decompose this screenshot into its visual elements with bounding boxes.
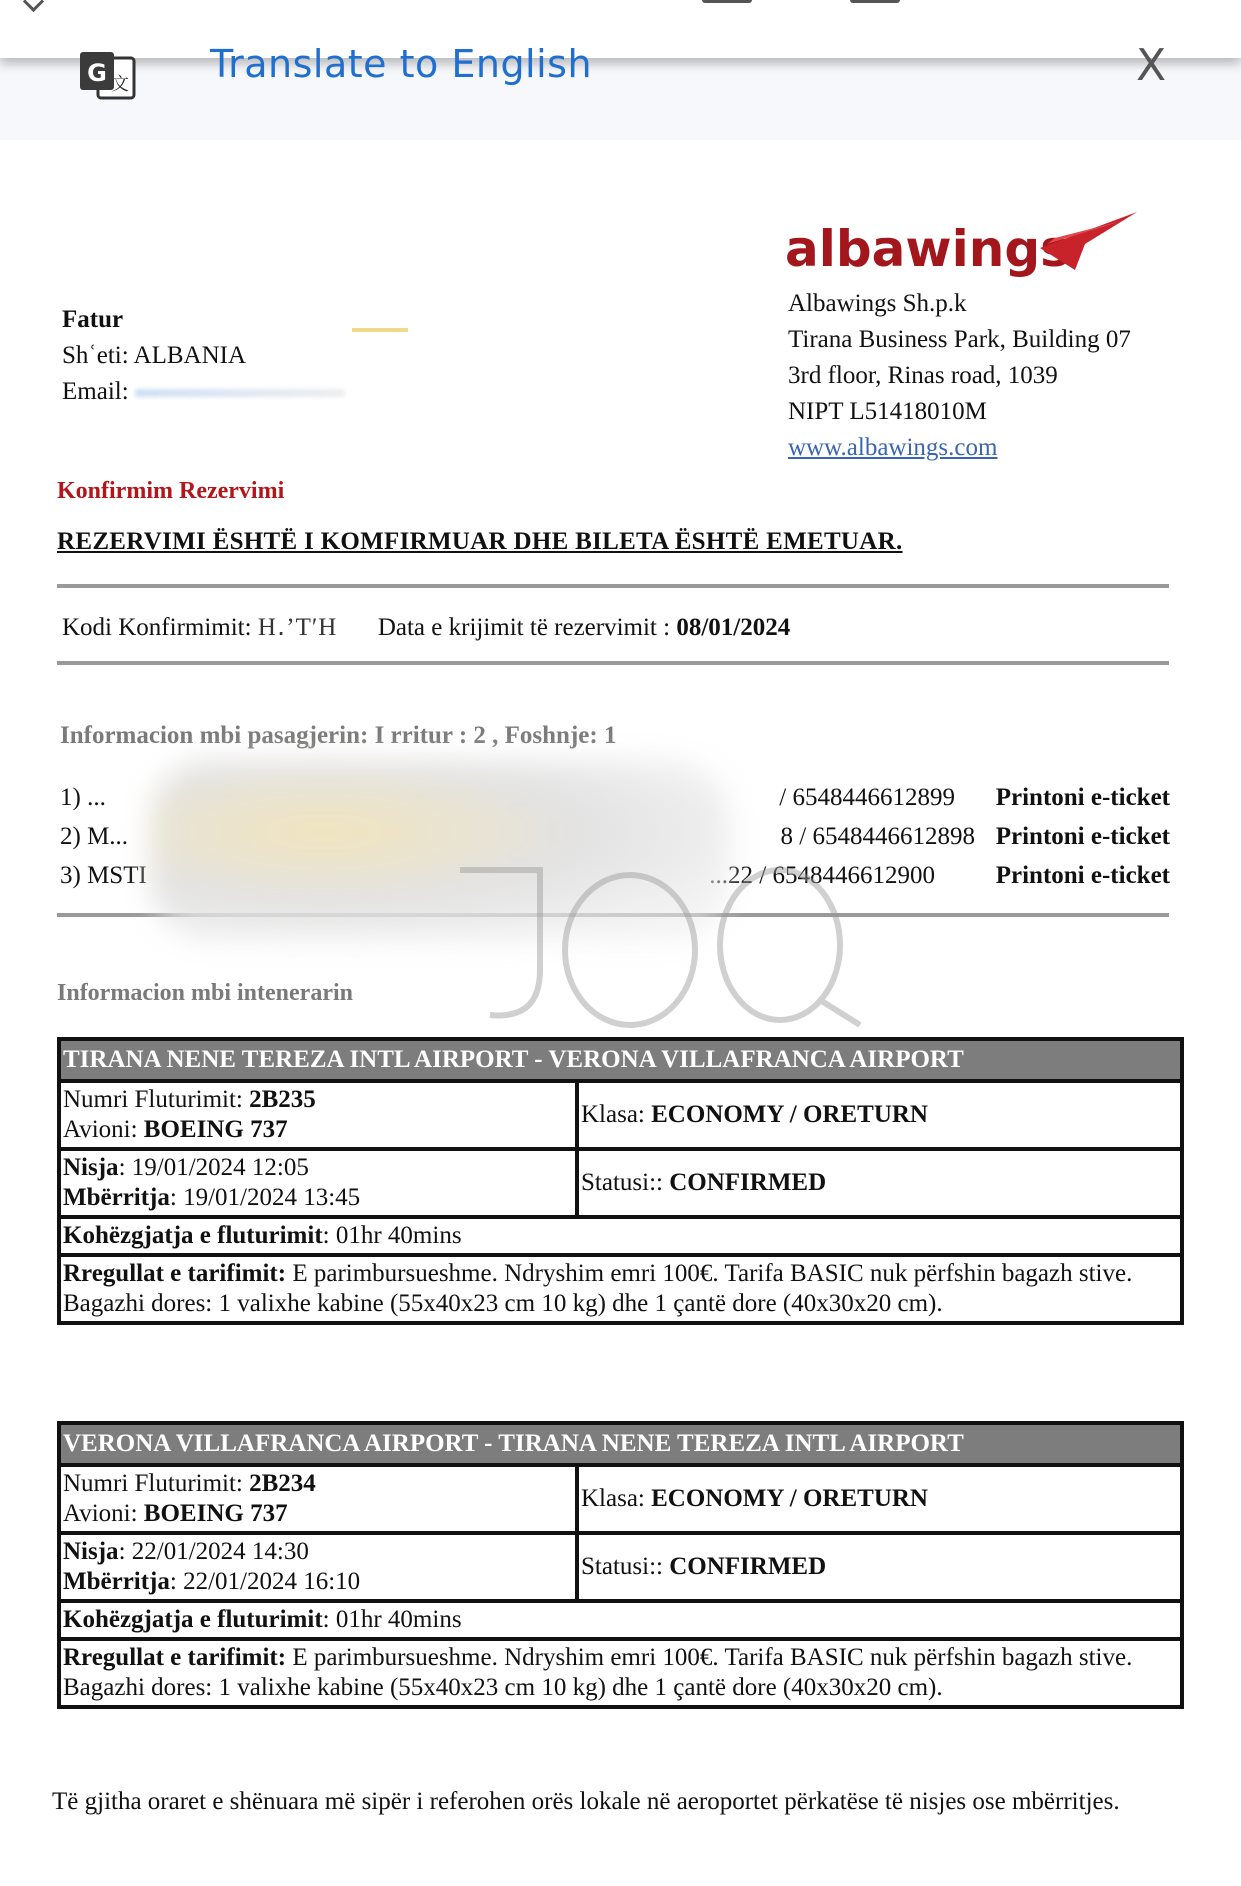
fare-rules: E parimbursueshme. Ndryshim emri 100€. T… (286, 1260, 1132, 1287)
flight-route: VERONA VILLAFRANCA AIRPORT - TIRANA NENE… (59, 1423, 1182, 1465)
confirmation-code-line: Kodi Konfirmimit: H․’T′HData e krijimit … (62, 612, 790, 642)
flight-table-outbound: TIRANA NENE TEREZA INTL AIRPORT - VERONA… (57, 1037, 1184, 1325)
schedule-cell: Nisja: 19/01/2024 12:05 Mbërritja: 19/01… (59, 1149, 577, 1217)
customer-country: Shʿeti: ALBANIA (62, 338, 345, 374)
flight-number: 2B235 (249, 1086, 316, 1113)
close-icon[interactable]: X (1136, 44, 1166, 88)
passenger-name: 2) M... (60, 823, 128, 851)
aircraft: BOEING 737 (144, 1116, 288, 1143)
chevron-down-icon[interactable] (23, 0, 44, 12)
arrival-time: : 22/01/2024 16:10 (170, 1568, 360, 1595)
toolbar-handle (702, 0, 752, 3)
flight-status: CONFIRMED (669, 1169, 826, 1196)
baggage-info: Bagazhi dores: 1 valixhe kabine (55x40x2… (63, 1674, 943, 1701)
company-nipt: NIPT L51418010M (788, 394, 1131, 430)
browser-top-strip (0, 0, 1241, 58)
passenger-info-title: Informacion mbi pasagjerin: I rritur : 2… (60, 722, 616, 750)
class-cell: Klasa: ECONOMY / ORETURN (577, 1081, 1182, 1149)
ticket-number: ...22 / 6548446612900 (709, 862, 935, 890)
departure-time: : 22/01/2024 14:30 (119, 1538, 309, 1565)
translate-to-english-link[interactable]: Translate to English (210, 42, 592, 86)
svg-text:G: G (87, 59, 107, 87)
local-time-note: Të gjitha oraret e shënuara më sipër i r… (52, 1784, 1172, 1820)
schedule-cell: Nisja: 22/01/2024 14:30 Mbërritja: 22/01… (59, 1533, 577, 1601)
ticket-number: 8 / 6548446612898 (781, 823, 975, 851)
confirmation-message: REZERVIMI ËSHTË I KOMFIRMUAR DHE BILETA … (57, 528, 903, 556)
redacted-email (135, 389, 345, 397)
fare-rules-cell: Rregullat e tarifimit: E parimbursueshme… (59, 1255, 1182, 1323)
status-cell: Statusi:: CONFIRMED (577, 1149, 1182, 1217)
customer-info: Fatur Shʿeti: ALBANIA Email: (62, 302, 345, 410)
flight-status: CONFIRMED (669, 1553, 826, 1580)
baggage-info: Bagazhi dores: 1 valixhe kabine (55x40x2… (63, 1290, 943, 1317)
status-cell: Statusi:: CONFIRMED (577, 1533, 1182, 1601)
duration: : 01hr 40mins (323, 1222, 462, 1249)
google-translate-icon[interactable]: G 文 (78, 48, 136, 100)
fare-class: ECONOMY / ORETURN (651, 1101, 928, 1128)
arrival-time: : 19/01/2024 13:45 (170, 1184, 360, 1211)
duration: : 01hr 40mins (323, 1606, 462, 1633)
fare-rules-cell: Rregullat e tarifimit: E parimbursueshme… (59, 1639, 1182, 1707)
class-cell: Klasa: ECONOMY / ORETURN (577, 1465, 1182, 1533)
aircraft: BOEING 737 (144, 1500, 288, 1527)
invoice-label: Fatur (62, 302, 345, 338)
print-eticket-link[interactable]: Printoni e-ticket (996, 823, 1170, 851)
fare-rules: E parimbursueshme. Ndryshim emri 100€. T… (286, 1644, 1132, 1671)
passenger-name: 1) ... (60, 784, 106, 812)
highlight-mark (352, 328, 408, 332)
code-value: H․’T′H (258, 612, 378, 642)
divider (57, 584, 1169, 588)
svg-text:albawings: albawings (785, 220, 1070, 278)
company-name: Albawings Sh.p.k (788, 286, 1131, 322)
print-eticket-link[interactable]: Printoni e-ticket (996, 784, 1170, 812)
code-label: Kodi Konfirmimit: (62, 614, 252, 641)
created-date: 08/01/2024 (676, 614, 790, 641)
flight-number: 2B234 (249, 1470, 316, 1497)
divider (57, 661, 1169, 665)
company-address-2: 3rd floor, Rinas road, 1039 (788, 358, 1131, 394)
svg-text:文: 文 (111, 74, 129, 95)
ticket-number: / 6548446612899 (779, 784, 955, 812)
translate-bar (0, 58, 1241, 140)
company-info: Albawings Sh.p.k Tirana Business Park, B… (788, 286, 1131, 466)
confirmation-title: Konfirmim Rezervimi (57, 478, 284, 505)
company-website-link[interactable]: www.albawings.com (788, 434, 997, 461)
flight-table-return: VERONA VILLAFRANCA AIRPORT - TIRANA NENE… (57, 1421, 1184, 1709)
customer-email-label: Email: (62, 378, 129, 405)
flight-route: TIRANA NENE TEREZA INTL AIRPORT - VERONA… (59, 1039, 1182, 1081)
itinerary-title: Informacion mbi intenerarin (57, 980, 353, 1007)
passenger-name: 3) MSTI (60, 862, 147, 890)
departure-time: : 19/01/2024 12:05 (119, 1154, 309, 1181)
flight-number-cell: Numri Fluturimit: 2B234 Avioni: BOEING 7… (59, 1465, 577, 1533)
company-address-1: Tirana Business Park, Building 07 (788, 322, 1131, 358)
print-eticket-link[interactable]: Printoni e-ticket (996, 862, 1170, 890)
created-label: Data e krijimit të rezervimit : (378, 614, 670, 641)
duration-cell: Kohëzgjatja e fluturimit: 01hr 40mins (59, 1217, 1182, 1255)
duration-cell: Kohëzgjatja e fluturimit: 01hr 40mins (59, 1601, 1182, 1639)
flight-number-cell: Numri Fluturimit: 2B235 Avioni: BOEING 7… (59, 1081, 577, 1149)
toolbar-handle (850, 0, 900, 3)
fare-class: ECONOMY / ORETURN (651, 1485, 928, 1512)
redaction-blur (150, 760, 730, 940)
albawings-logo: albawings (785, 208, 1145, 278)
